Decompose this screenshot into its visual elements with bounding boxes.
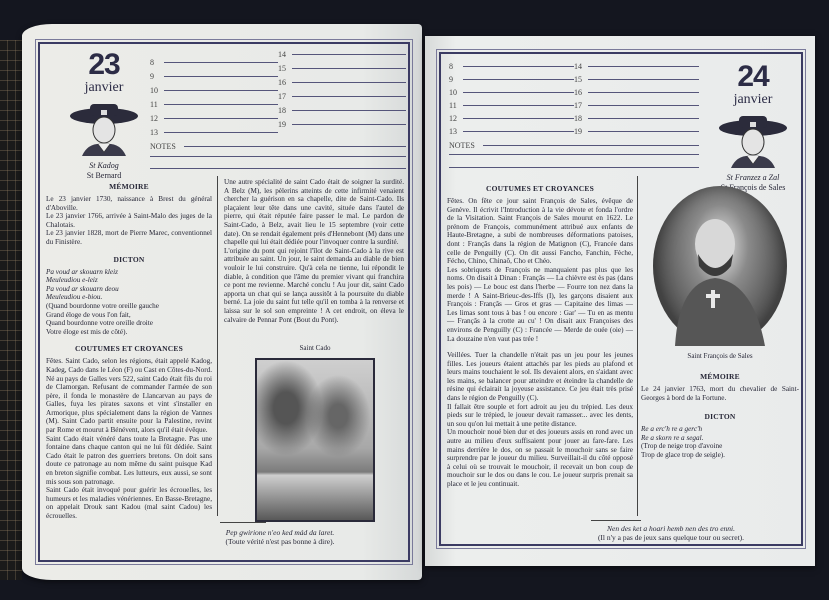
dicton-line: Pa voud ar skouarn kleiz — [46, 268, 212, 277]
hour-line-12[interactable]: 12 — [449, 114, 574, 123]
engraved-portrait-bishop-icon — [653, 186, 787, 346]
dicton-title: DICTON — [46, 255, 212, 264]
coutumes-paragraph: Saint Cado était vénéré dans toute la Br… — [46, 435, 212, 487]
hour-line-13[interactable]: 13 — [449, 127, 574, 136]
coutumes-paragraph: Il fallait être souple et fort adroit au… — [447, 403, 633, 429]
left-column: COUTUMES ET CROYANCES Fêtes. On fête ce … — [447, 176, 633, 489]
hour-line-15[interactable]: 15 — [278, 64, 406, 73]
coutumes-paragraph: Les sobriquets de François ne manquaient… — [447, 266, 633, 343]
woodcut-saint-cado-devil-bridge-icon — [255, 358, 375, 522]
hours-planner: 8 9 10 11 12 13 14 15 16 17 18 19 NOTES — [449, 60, 699, 170]
proverb-french: (Toute vérité n'est pas bonne à dire). — [160, 537, 400, 546]
memoire-title: MÉMOIRE — [46, 182, 212, 191]
dicton-line: (Trop de neige trop d'avoine — [641, 442, 799, 451]
right-column: Une autre spécialité de saint Cado était… — [224, 178, 404, 324]
proverb-breton: Pep gwirione n'eo ked mád da laret. — [160, 528, 400, 537]
dicton-line: Re a erc'h re a gerc'h — [641, 425, 799, 434]
coutumes-title: COUTUMES ET CROYANCES — [447, 184, 633, 193]
dicton-line: Pa voud ar skouarn deou — [46, 285, 212, 294]
page-january-23: 23 janvier St Kadog St Bernard 8 9 10 11 — [22, 24, 422, 580]
memoire-entry: Le 23 janvier 1766, arrivée à Saint-Malo… — [46, 212, 212, 229]
breton-man-hat-icon — [68, 100, 140, 156]
memoire-title: MÉMOIRE — [641, 372, 799, 381]
page-january-24: 8 9 10 11 12 13 14 15 16 17 18 19 NOTES … — [425, 36, 815, 566]
hour-line-18[interactable]: 18 — [278, 106, 406, 115]
notes-line-extra[interactable] — [449, 167, 699, 168]
hour-line-8[interactable]: 8 — [449, 62, 574, 71]
proverb-rule — [220, 522, 266, 523]
day-number: 24 — [703, 62, 803, 92]
proverb-breton: Nen des ket a hoari hemb nen des tro enn… — [541, 524, 801, 533]
coutumes-paragraph: Fêtes. On fête ce jour saint François de… — [447, 197, 633, 266]
saint-breton-name: St Franzez a Zal — [703, 173, 803, 183]
hour-line-17[interactable]: 17 — [574, 101, 699, 110]
dicton-line: (Quand bourdonne votre oreille gauche — [46, 302, 212, 311]
hour-line-17[interactable]: 17 — [278, 92, 406, 101]
month-label: janvier — [703, 92, 803, 108]
left-column: MÉMOIRE Le 23 janvier 1730, naissance à … — [46, 174, 212, 521]
page-frame: 8 9 10 11 12 13 14 15 16 17 18 19 NOTES … — [439, 52, 803, 546]
hour-line-11[interactable]: 11 — [449, 101, 574, 110]
hour-line-19[interactable]: 19 — [278, 120, 406, 129]
memoire-entry: Le 23 janvier 1730, naissance à Brest du… — [46, 195, 212, 212]
month-label: janvier — [54, 80, 154, 96]
illustration-caption: Saint Cado — [245, 344, 385, 352]
portrait-caption: Saint François de Sales — [641, 352, 799, 360]
memoire-entry: Le 24 janvier 1763, mort du chevalier de… — [641, 385, 799, 402]
hour-line-8[interactable]: 8 — [150, 58, 278, 67]
dicton-title: DICTON — [641, 412, 799, 421]
hour-line-10[interactable]: 10 — [150, 86, 278, 95]
right-column: Saint François de Sales MÉMOIRE Le 24 ja… — [641, 186, 799, 460]
proverb-rule — [591, 520, 641, 521]
notes-line-extra[interactable] — [449, 154, 699, 155]
hour-line-16[interactable]: 16 — [278, 78, 406, 87]
hour-line-9[interactable]: 9 — [150, 72, 278, 81]
hour-line-14[interactable]: 14 — [574, 62, 699, 71]
proverb: Pep gwirione n'eo ked mád da laret. (Tou… — [160, 528, 400, 546]
hour-line-15[interactable]: 15 — [574, 75, 699, 84]
date-block: 24 janvier St Franzez a Zal St François … — [703, 62, 803, 193]
coutumes-paragraph: Fêtes. Saint Cado, selon les régions, ét… — [46, 357, 212, 434]
dicton-line: Meuleudiou e-biou. — [46, 293, 212, 302]
saint-breton-name: St Kadog — [54, 161, 154, 171]
memoire-entry: Le 23 janvier 1828, mort de Pierre Marec… — [46, 229, 212, 246]
hour-line-12[interactable]: 12 — [150, 114, 278, 123]
notes-line-extra[interactable] — [150, 156, 406, 157]
proverb: Nen des ket a hoari hemb nen des tro enn… — [541, 524, 801, 542]
hour-line-16[interactable]: 16 — [574, 88, 699, 97]
coutumes-title: COUTUMES ET CROYANCES — [46, 344, 212, 353]
breton-man-hat-icon — [717, 112, 789, 168]
coutumes-paragraph: Une autre spécialité de saint Cado était… — [224, 178, 404, 247]
hours-planner: 8 9 10 11 12 13 14 15 16 17 18 19 NOTES — [150, 48, 406, 166]
coutumes-paragraph: Un mouchoir noué bien dur et des joueurs… — [447, 428, 633, 488]
column-divider — [637, 176, 638, 516]
notes-line[interactable]: NOTES — [449, 141, 699, 150]
dicton-line: Quand bourdonne votre oreille droite — [46, 319, 212, 328]
column-divider — [217, 176, 218, 516]
hour-line-13[interactable]: 13 — [150, 128, 278, 137]
hour-line-19[interactable]: 19 — [574, 127, 699, 136]
hour-line-9[interactable]: 9 — [449, 75, 574, 84]
coutumes-paragraph: L'origine du pont qui rejoint l'îlot de … — [224, 247, 404, 324]
proverb-french: (Il n'y a pas de jeux sans quelque tour … — [541, 533, 801, 542]
notes-line-extra[interactable] — [150, 168, 406, 169]
notes-line[interactable]: NOTES — [150, 142, 406, 151]
dicton-line: Re a skorn re a segal. — [641, 434, 799, 443]
open-almanac: 23 janvier St Kadog St Bernard 8 9 10 11 — [20, 10, 829, 590]
hour-line-14[interactable]: 14 — [278, 50, 406, 59]
hour-line-11[interactable]: 11 — [150, 100, 278, 109]
dicton-line: Votre éloge est mis de côté). — [46, 328, 212, 337]
page-frame: 23 janvier St Kadog St Bernard 8 9 10 11 — [38, 42, 410, 562]
hour-line-18[interactable]: 18 — [574, 114, 699, 123]
dicton-line: Meuleudiou e-leiz — [46, 276, 212, 285]
spiral-binding — [0, 40, 22, 580]
illustration-block: Saint Cado — [245, 344, 385, 522]
day-number: 23 — [54, 50, 154, 80]
date-block: 23 janvier St Kadog St Bernard — [54, 50, 154, 181]
coutumes-paragraph: Veillées. Tuer la chandelle n'était pas … — [447, 351, 633, 403]
dicton-line: Trop de glace trop de seigle). — [641, 451, 799, 460]
dicton-line: Grand éloge de vous l'on fait, — [46, 311, 212, 320]
hour-line-10[interactable]: 10 — [449, 88, 574, 97]
coutumes-paragraph: Saint Cado était invoqué pour guérir les… — [46, 486, 212, 520]
